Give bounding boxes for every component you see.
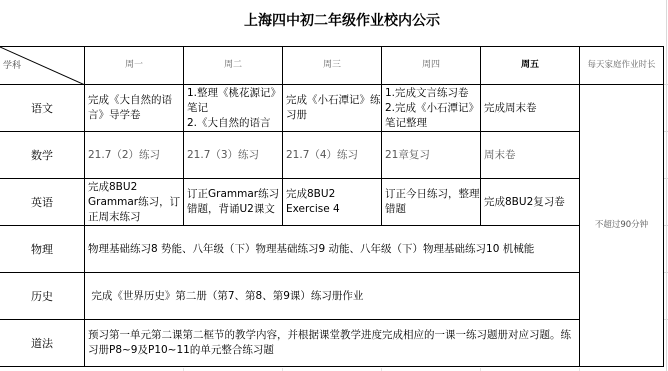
task-text: 完成《大自然的语言》导学卷 (88, 86, 183, 131)
task-text: 完成8BU2 Grammar练习，订正周末练习 (88, 180, 183, 225)
sheet-gridline (666, 0, 667, 371)
day-header-mon: 周一 (85, 47, 184, 85)
page-title: 上海四中初二年级作业校内公示 (0, 10, 668, 30)
title-text: 上海四中初二年级作业校内公示 (244, 13, 440, 29)
table-row-physics: 物理 物理基础练习8 势能、八年级（下）物理基础练习9 动能、八年级（下）物理基… (0, 226, 664, 273)
task-cell: 完成《大自然的语言》导学卷 (85, 85, 184, 132)
task-cell: 完成《小石潭记》练习册 (283, 85, 382, 132)
task-cell-merged: 完成《世界历史》第二册（第7、第8、第9课）练习册作业 (85, 273, 580, 320)
task-cell-merged: 预习第一单元第二课第二框节的教学内容，并根据课堂教学进度完成相应的一课一练习题册… (85, 320, 580, 367)
table-row-english: 英语 完成8BU2 Grammar练习，订正周末练习 订正Grammar练习错题… (0, 179, 664, 226)
table-row-morality-law: 道法 预习第一单元第二课第二框节的教学内容，并根据课堂教学进度完成相应的一课一练… (0, 320, 664, 367)
homework-table: 学科 周一 周二 周三 周四 周五 每天家庭作业时长 语文 完成《大自然的语言》… (0, 46, 664, 367)
task-text: 完成周末卷 (484, 86, 579, 131)
task-cell: 21.7（3）练习 (184, 132, 283, 179)
table-row-math: 数学 21.7（2）练习 21.7（3）练习 21.7（4）练习 21章复习 周… (0, 132, 664, 179)
task-text: 订正Grammar练习错题，背诵U2课文 (187, 180, 282, 225)
table-row-history: 历史 完成《世界历史》第二册（第7、第8、第9课）练习册作业 (0, 273, 664, 320)
task-text: 完成《小石潭记》练习册 (286, 86, 381, 131)
task-cell: 21章复习 (382, 132, 481, 179)
task-text: 订正今日练习，整理错题 (385, 180, 480, 225)
task-text: 完成8BU2复习卷 (484, 180, 579, 225)
duration-value: 不超过90分钟 (580, 85, 664, 367)
subject-cell: 英语 (0, 179, 85, 226)
day-header-tue: 周二 (184, 47, 283, 85)
corner-cell: 学科 (0, 47, 85, 85)
task-text: 1.完成文言练习卷 2.完成《小石潭记》笔记整理 (385, 86, 480, 131)
task-cell: 完成周末卷 (481, 85, 580, 132)
subject-cell: 道法 (0, 320, 85, 367)
subject-cell: 历史 (0, 273, 85, 320)
subject-cell: 语文 (0, 85, 85, 132)
task-cell: 完成8BU2 Grammar练习，订正周末练习 (85, 179, 184, 226)
header-row: 学科 周一 周二 周三 周四 周五 每天家庭作业时长 (0, 47, 664, 85)
day-header-fri: 周五 (481, 47, 580, 85)
duration-header: 每天家庭作业时长 (580, 47, 664, 85)
task-cell: 周末卷 (481, 132, 580, 179)
task-cell: 1.完成文言练习卷 2.完成《小石潭记》笔记整理 (382, 85, 481, 132)
task-cell: 完成8BU2 Exercise 4 (283, 179, 382, 226)
task-text: 预习第一单元第二课第二框节的教学内容，并根据课堂教学进度完成相应的一课一练习题册… (88, 321, 579, 366)
task-cell: 完成8BU2复习卷 (481, 179, 580, 226)
task-cell: 21.7（4）练习 (283, 132, 382, 179)
day-header-thu: 周四 (382, 47, 481, 85)
task-cell: 订正今日练习，整理错题 (382, 179, 481, 226)
task-cell: 1.整理《桃花源记》笔记 2.《大自然的语言 (184, 85, 283, 132)
task-cell: 21.7（2）练习 (85, 132, 184, 179)
task-text: 完成8BU2 Exercise 4 (286, 180, 381, 225)
task-cell: 订正Grammar练习错题，背诵U2课文 (184, 179, 283, 226)
subject-header-label: 学科 (3, 59, 21, 74)
task-text: 1.整理《桃花源记》笔记 2.《大自然的语言 (187, 85, 282, 131)
task-cell-merged: 物理基础练习8 势能、八年级（下）物理基础练习9 动能、八年级（下）物理基础练习… (85, 226, 580, 273)
subject-cell: 数学 (0, 132, 85, 179)
subject-cell: 物理 (0, 226, 85, 273)
day-header-wed: 周三 (283, 47, 382, 85)
table-row-chinese: 语文 完成《大自然的语言》导学卷 1.整理《桃花源记》笔记 2.《大自然的语言 … (0, 85, 664, 132)
